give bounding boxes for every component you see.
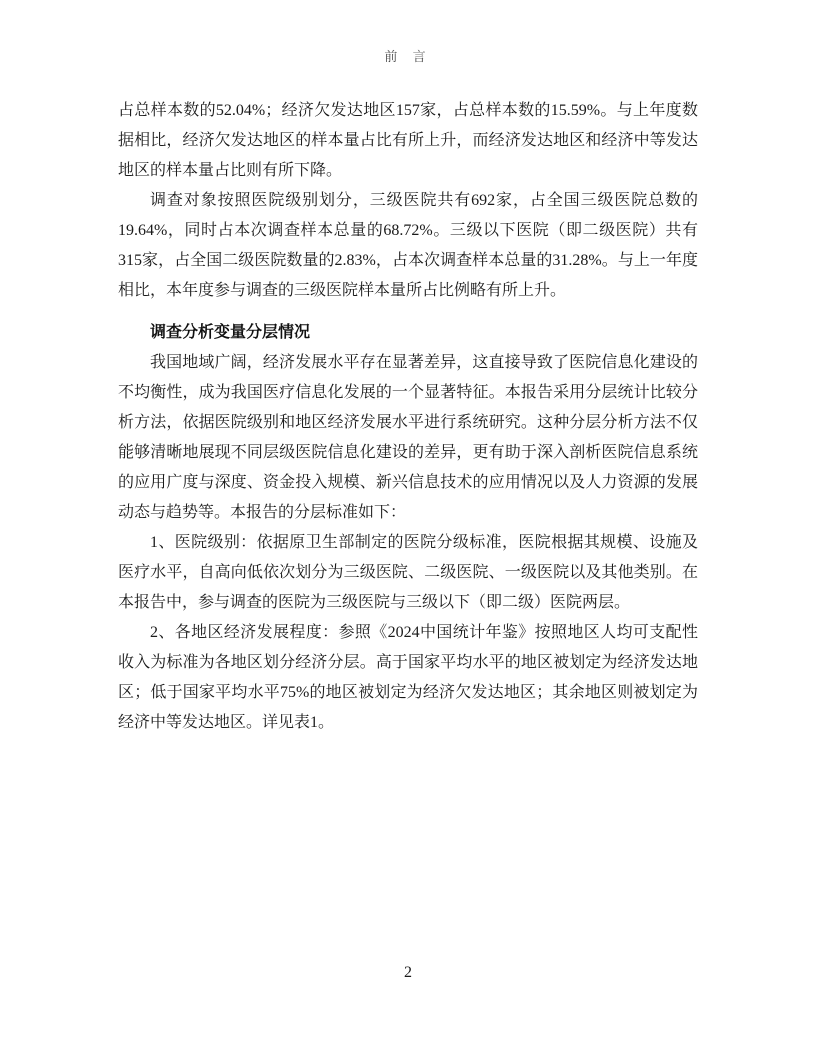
paragraph-survey-by-hospital-level: 调查对象按照医院级别划分，三级医院共有692家，占全国三级医院总数的19.64%… [118, 186, 698, 306]
page-number: 2 [0, 964, 816, 982]
page-header-title: 前 言 [0, 46, 816, 65]
paragraph-stratified-analysis-intro: 我国地域广阔，经济发展水平存在显著差异，这直接导致了医院信息化建设的不均衡性，成… [118, 348, 698, 528]
document-page: 前 言 占总样本数的52.04%；经济欠发达地区157家，占总样本数的15.59… [0, 0, 816, 1056]
paragraph-continuation: 占总样本数的52.04%；经济欠发达地区157家，占总样本数的15.59%。与上… [118, 96, 698, 186]
paragraph-criterion-economic-level: 2、各地区经济发展程度：参照《2024中国统计年鉴》按照地区人均可支配性收入为标… [118, 618, 698, 738]
paragraph-criterion-hospital-level: 1、医院级别：依据原卫生部制定的医院分级标准，医院根据其规模、设施及医疗水平，自… [118, 528, 698, 618]
section-heading-stratification: 调查分析变量分层情况 [118, 318, 698, 348]
document-body: 占总样本数的52.04%；经济欠发达地区157家，占总样本数的15.59%。与上… [118, 96, 698, 738]
